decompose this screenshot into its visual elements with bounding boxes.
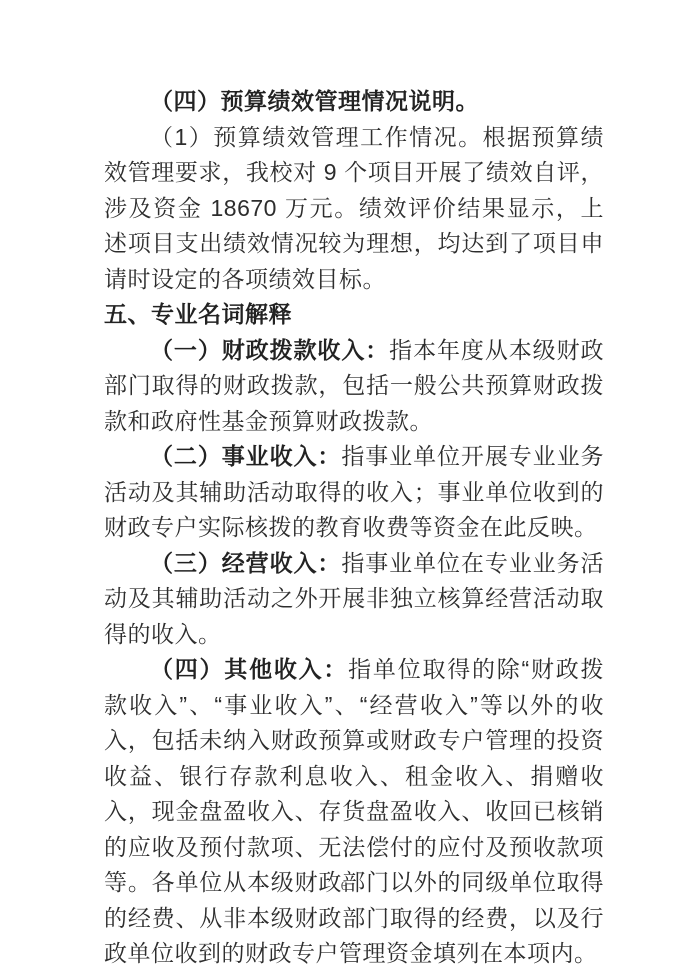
section-4-paragraph: （1）预算绩效管理工作情况。根据预算绩效管理要求，我校对 9 个项目开展了绩效自… (104, 120, 604, 298)
section-5-heading: 五、专业名词解释 (104, 297, 604, 333)
term-definition-business-income: （三）经营收入：指事业单位在专业业务活动及其辅助活动之外开展非独立核算经营活动取… (104, 546, 604, 653)
document-page: （四）预算绩效管理情况说明。 （1）预算绩效管理工作情况。根据预算绩效管理要求，… (0, 0, 688, 972)
document-body: （四）预算绩效管理情况说明。 （1）预算绩效管理工作情况。根据预算绩效管理要求，… (104, 84, 604, 972)
term-lead: （三）经营收入： (150, 550, 341, 576)
term-lead: （二）事业收入： (150, 443, 341, 469)
term-definition-other-income: （四）其他收入：指单位取得的除“财政拨款收入”、“事业收入”、“经营收入”等以外… (104, 652, 604, 972)
term-definition-operating-income: （二）事业收入：指事业单位开展专业业务活动及其辅助活动取得的收入；事业单位收到的… (104, 439, 604, 546)
term-lead: （一）财政拨款收入： (150, 337, 389, 363)
page-number: 6 (0, 878, 688, 894)
term-definition-fiscal-appropriation: （一）财政拨款收入：指本年度从本级财政部门取得的财政拨款，包括一般公共预算财政拨… (104, 333, 604, 440)
term-lead: （四）其他收入： (150, 656, 348, 682)
term-body: 指单位取得的除“财政拨款收入”、“事业收入”、“经营收入”等以外的收入，包括未纳… (104, 656, 604, 966)
section-4-heading: （四）预算绩效管理情况说明。 (104, 84, 604, 120)
